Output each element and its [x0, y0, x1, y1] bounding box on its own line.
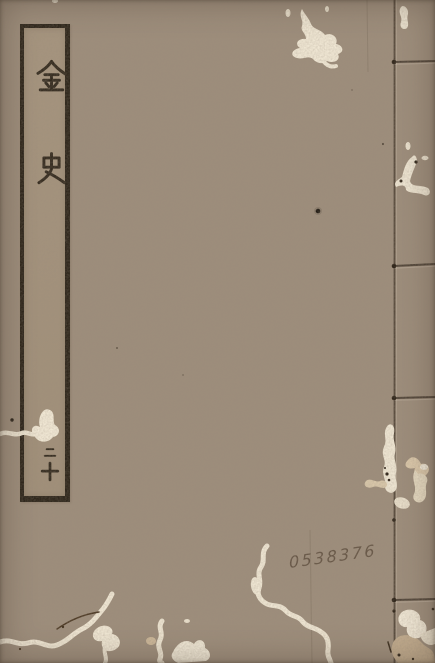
damage-dark-speck [414, 160, 417, 163]
photo-overlay [0, 0, 435, 663]
pencil-dot [10, 418, 13, 421]
damage-dark-speck [400, 180, 403, 183]
cover-specks [116, 89, 384, 376]
damage-speck [184, 619, 190, 623]
stitch-knot-1 [392, 60, 397, 65]
damage-left-squiggle [365, 480, 387, 488]
crease-lines [310, 0, 368, 663]
stitch-thread-4 [394, 599, 435, 600]
stitch-knot-4 [392, 598, 397, 603]
damage-bottom-center-blob [172, 640, 210, 663]
binding-stitches [392, 0, 435, 663]
damage-speck [52, 0, 58, 3]
damage-bottom-center-squiggle [159, 621, 162, 663]
stitch-thread-2 [394, 264, 435, 266]
crease-bottom [310, 530, 312, 663]
damage-right-hook [395, 155, 430, 195]
speck [351, 89, 353, 91]
stitch-knot-3 [392, 396, 397, 401]
damage-marks [0, 0, 435, 663]
damage-right-cluster-vertical [385, 426, 395, 490]
stitch-thread-1 [394, 61, 435, 62]
damage-dark-speck [385, 472, 388, 475]
damage-dark-speck [19, 648, 21, 650]
damage-dark-speck [388, 479, 391, 482]
damage-top-center [292, 9, 342, 63]
damage-dark-speck [398, 654, 401, 657]
damage-dark-speck [62, 626, 64, 628]
damage-speck [422, 156, 429, 160]
damage-dark-speck [392, 609, 395, 612]
damage-dark-speck [412, 658, 414, 660]
dark-scratch [388, 642, 391, 652]
damage-bottom-right-winding [258, 546, 331, 663]
damage-speck [286, 9, 291, 17]
damage-top-right-edge [400, 6, 409, 29]
stitch-thread-3 [394, 397, 435, 398]
damage-speck [325, 6, 329, 12]
damage-bottom-left-tail [105, 647, 106, 663]
damage-lower-white [393, 495, 412, 510]
book-cover-photo: 金 史 二 [0, 0, 435, 663]
stitch-hole [392, 518, 396, 522]
damage-dark-speck [432, 608, 435, 611]
stitch-knot-2 [392, 264, 397, 269]
damage-label-blob [32, 409, 59, 441]
damage-highlight [420, 464, 428, 470]
crease-top [367, 0, 368, 72]
speck [382, 143, 384, 145]
damage-label-squiggle [0, 433, 36, 435]
damage-dark-speck [384, 467, 386, 469]
speck [116, 347, 118, 349]
speck [182, 374, 184, 376]
tan-spot [146, 637, 156, 645]
damage-speck [406, 142, 411, 150]
